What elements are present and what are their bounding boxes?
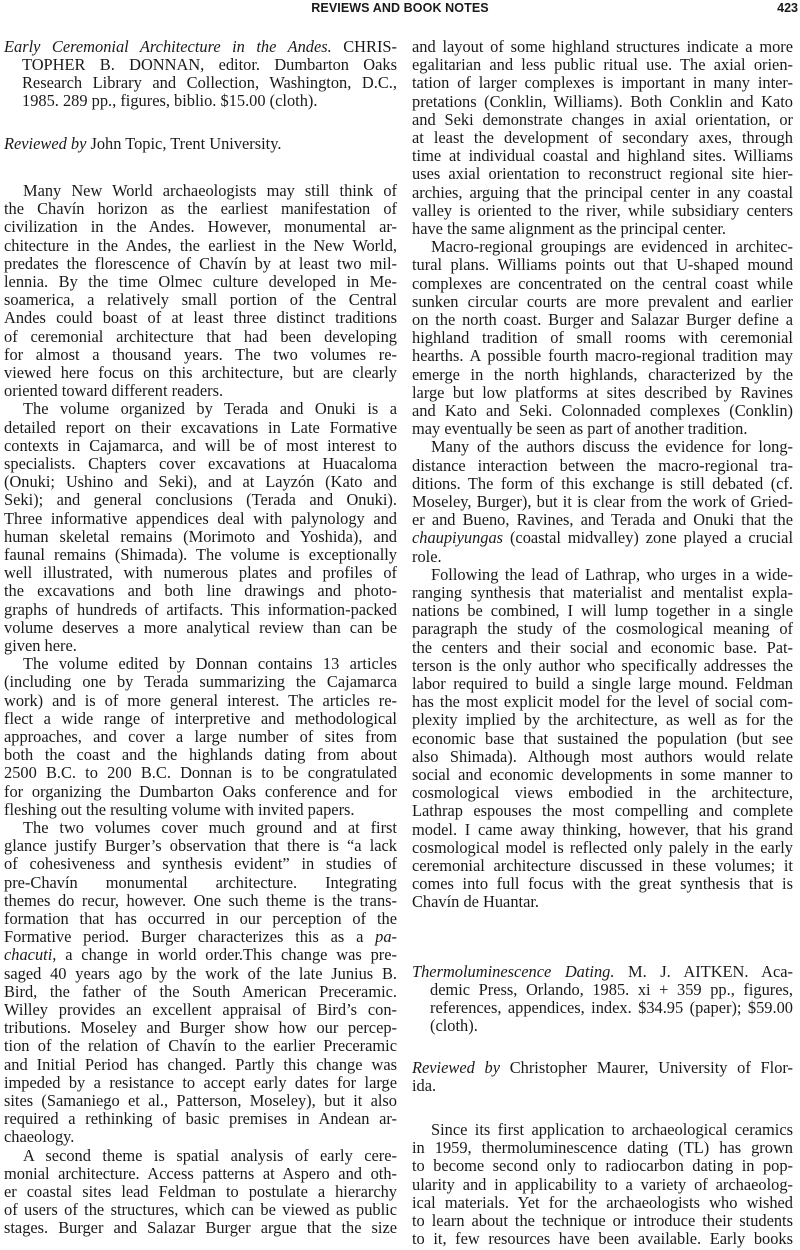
text-line: cosmological model is reflected only pal… xyxy=(412,839,793,857)
text-line: chaeology. xyxy=(4,1128,397,1146)
text-line: formation that has occurred in our perce… xyxy=(4,910,397,928)
text-line: time at individual coastal and highland … xyxy=(412,147,793,165)
text-line: ical materials. Yet for the archaeologis… xyxy=(412,1194,793,1212)
text-line: 2500 B.C. to 200 B.C. Donnan is to be co… xyxy=(4,764,397,782)
text-line: and Seki demonstrate changes in axial or… xyxy=(412,111,793,129)
text-line: well illustrated, with numerous plates a… xyxy=(4,564,397,582)
text-line: in 1959, thermoluminescence dating (TL) … xyxy=(412,1139,793,1157)
text-line: complexes are concentrated on the centra… xyxy=(412,275,793,293)
text-line: for almost a thousand years. The two vol… xyxy=(4,346,397,364)
text-line: ceremonial architecture discussed in the… xyxy=(412,857,793,875)
text-line: pretations (Conklin, Williams). Both Con… xyxy=(412,93,793,111)
review1-byline: Reviewed by John Topic, Trent University… xyxy=(4,135,397,153)
text-line: tural plans. Williams points out that U-… xyxy=(412,256,793,274)
text-line: of users of the structures, which can be… xyxy=(4,1201,397,1219)
text-line: civilization in the Andes. However, monu… xyxy=(4,218,397,236)
text-line: Seki); and general conclusions (Terada a… xyxy=(4,491,397,509)
text-line: of cohesiveness and synthesis evident” i… xyxy=(4,855,397,873)
text-line: cosmological views embodied in the archi… xyxy=(412,784,793,802)
text-line: to become second only to radiocarbon dat… xyxy=(412,1157,793,1175)
text-line: given here. xyxy=(4,637,397,655)
text-line: at least the development of secondary ax… xyxy=(412,129,793,147)
text-line: chitecture in the Andes, the earliest in… xyxy=(4,237,397,255)
text-line: soamerica, a relatively small portion of… xyxy=(4,291,397,309)
citation-line: Thermoluminescence Dating. M. J. AITKEN.… xyxy=(412,963,793,981)
text-line: ularity and in applicability to a variet… xyxy=(412,1176,793,1194)
text-line: paragraph the study of the cosmological … xyxy=(412,620,793,638)
text-line: nations be combined, I will lump togethe… xyxy=(412,602,793,620)
text-line: Chavín de Huantar. xyxy=(412,893,793,911)
left-column: Early Ceremonial Architecture in the And… xyxy=(4,0,397,1250)
reviewer-name: John Topic, Trent University. xyxy=(86,134,281,153)
text-line: emerge in the north highlands, character… xyxy=(412,366,793,384)
text-line: labor required to build a single large m… xyxy=(412,675,793,693)
text-line: has the most explicit model for the leve… xyxy=(412,693,793,711)
text-line: plexity implied by the architecture, as … xyxy=(412,711,793,729)
text-line: saged 40 years ago by the work of the la… xyxy=(4,965,397,983)
text-line: Bird, the father of the South American P… xyxy=(4,983,397,1001)
text-line: flect a wide range of interpretive and m… xyxy=(4,710,397,728)
text-line: Formative period. Burger characterizes t… xyxy=(4,928,397,946)
text-line: pre-Chavín monumental architecture. Inte… xyxy=(4,874,397,892)
text-line: tation of larger complexes is important … xyxy=(412,74,793,92)
text-line: oriented toward different readers. xyxy=(4,382,397,400)
citation-line: (cloth). xyxy=(430,1017,793,1035)
text-line: both the coast and the highlands dating … xyxy=(4,746,397,764)
text-line: er and Bueno, Ravines, and Terada and On… xyxy=(412,511,793,529)
text-line: to it, few resources have been available… xyxy=(412,1230,793,1248)
text-line: monial architecture. Access patterns at … xyxy=(4,1165,397,1183)
text-line: impeded by a resistance to accept early … xyxy=(4,1074,397,1092)
reviewer-name: Christopher Maurer, University of Flor- xyxy=(500,1058,793,1077)
italic-term: chacuti, xyxy=(4,945,56,964)
text-line: egalitarian and less public ritual use. … xyxy=(412,56,793,74)
text-line: The two volumes cover much ground and at… xyxy=(4,819,397,837)
text-line: The volume organized by Terada and Onuki… xyxy=(4,400,397,418)
text-line: work) and is of more general interest. T… xyxy=(4,692,397,710)
text-line: on the north coast. Burger and Salazar B… xyxy=(412,311,793,329)
text-line: sites (Samaniego et al., Patterson, Mose… xyxy=(4,1092,397,1110)
italic-term: chaupiyungas xyxy=(412,528,503,547)
text-line: approaches, and cover a large number of … xyxy=(4,728,397,746)
text-line: to learn about the technique or introduc… xyxy=(412,1212,793,1230)
text-line: the centers and their social and economi… xyxy=(412,639,793,657)
text-line: hearths. A possible fourth macro-regiona… xyxy=(412,347,793,365)
text-line: sunken circular courts are more prevalen… xyxy=(412,293,793,311)
text-line: themes do recur, however. One such theme… xyxy=(4,892,397,910)
text-line: uses axial orientation to reconstruct re… xyxy=(412,165,793,183)
citation-line: references, appendices, index. $34.95 (p… xyxy=(430,999,793,1017)
text-line: the Chavín horizon as the earliest manif… xyxy=(4,200,397,218)
book-title: Early Ceremonial Architecture in the And… xyxy=(4,37,332,56)
text-line: Willey provides an excellent appraisal o… xyxy=(4,1001,397,1019)
citation-line: Early Ceremonial Architecture in the And… xyxy=(4,38,397,56)
text-line: human skeletal remains (Morimoto and Yos… xyxy=(4,528,397,546)
text-line: for organizing the Dumbarton Oaks confer… xyxy=(4,783,397,801)
text-line: faunal remains (Shimada). The volume is … xyxy=(4,546,397,564)
review2-byline: Reviewed by Christopher Maurer, Universi… xyxy=(412,1059,793,1077)
text-line: predates the florescence of Chavín by at… xyxy=(4,255,397,273)
text-line: Lathrap espouses the most compelling and… xyxy=(412,802,793,820)
right-column: and layout of some highland structures i… xyxy=(412,0,793,1250)
text-line: contexts in Cajamarca, and will be of mo… xyxy=(4,437,397,455)
citation-line: 1985. 289 pp., figures, biblio. $15.00 (… xyxy=(22,92,397,110)
text-line: may eventually be seen as part of anothe… xyxy=(412,420,793,438)
text-line: viewed here focus on this architecture, … xyxy=(4,364,397,382)
text-line: Following the lead of Lathrap, who urges… xyxy=(412,566,793,584)
text-line: and Initial Period has changed. Partly t… xyxy=(4,1056,397,1074)
text-line: role. xyxy=(412,548,793,566)
text-line: social and economic developments in some… xyxy=(412,766,793,784)
text-line: required a rethinking of basic premises … xyxy=(4,1110,397,1128)
text-line: volume deserves a more analytical review… xyxy=(4,619,397,637)
text-line: tributions. Moseley and Burger show how … xyxy=(4,1019,397,1037)
text-line: valley is oriented to the river, while s… xyxy=(412,202,793,220)
text-line: also Shimada). Although most authors wou… xyxy=(412,748,793,766)
italic-term: pa- xyxy=(375,927,397,946)
text-line: of ceremonial architecture that had been… xyxy=(4,328,397,346)
text-line: the excavations and both line drawings a… xyxy=(4,582,397,600)
text-line: graphs of hundreds of artifacts. This in… xyxy=(4,601,397,619)
text-line: ditions. The form of this exchange is st… xyxy=(412,475,793,493)
text-line: Andes could boast of at least three dist… xyxy=(4,309,397,327)
text-line: stages. Burger and Salazar Burger argue … xyxy=(4,1219,397,1237)
text-line: highland tradition of small rooms with c… xyxy=(412,329,793,347)
text-line: glance justify Burger’s observation that… xyxy=(4,837,397,855)
text-line: fleshing out the resulting volume with i… xyxy=(4,801,397,819)
text-line: Moseley, Burger), but it is clear from t… xyxy=(412,493,793,511)
text-line: Macro-regional groupings are evidenced i… xyxy=(412,238,793,256)
text-line: and layout of some highland structures i… xyxy=(412,38,793,56)
text-line: and Kato and Seki. Colonnaded complexes … xyxy=(412,402,793,420)
text-line: economic base that sustained the populat… xyxy=(412,730,793,748)
text-line: (including one by Terada summarizing the… xyxy=(4,673,397,691)
text-line: model. I came away thinking, however, th… xyxy=(412,821,793,839)
text-line: ranging synthesis that materialist and m… xyxy=(412,584,793,602)
text-line: Since its first application to archaeolo… xyxy=(412,1121,793,1139)
text-line: chaupiyungas (coastal midvalley) zone pl… xyxy=(412,529,793,547)
review2-byline-cont: ida. xyxy=(412,1077,793,1095)
text-line: specialists. Chapters cover excavations … xyxy=(4,455,397,473)
text-line: distance interaction between the macro-r… xyxy=(412,457,793,475)
text-line: comes into full focus with the great syn… xyxy=(412,875,793,893)
text-line: archies, arguing that the principal cent… xyxy=(412,184,793,202)
citation-line: Research Library and Collection, Washing… xyxy=(22,74,397,92)
text-line: large but low platforms at sites describ… xyxy=(412,384,793,402)
text-line: lennia. By the time Olmec culture develo… xyxy=(4,273,397,291)
citation-line: demic Press, Orlando, 1985. xi + 359 pp.… xyxy=(430,981,793,999)
text-line: chacuti, a change in world order.This ch… xyxy=(4,946,397,964)
citation-line: TOPHER B. DONNAN, editor. Dumbarton Oaks xyxy=(22,56,397,74)
text-line: tion of the relation of Chavín to the ea… xyxy=(4,1037,397,1055)
text-line: Many New World archaeologists may still … xyxy=(4,182,397,200)
text-line: A second theme is spatial analysis of ea… xyxy=(4,1147,397,1165)
text-line: (Onuki; Ushino and Seki), and at Layzón … xyxy=(4,473,397,491)
text-line: terson is the only author who specifical… xyxy=(412,657,793,675)
text-line: detailed report on their excavations in … xyxy=(4,419,397,437)
text-line: Three informative appendices deal with p… xyxy=(4,510,397,528)
text-line: Many of the authors discuss the evidence… xyxy=(412,438,793,456)
book-title: Thermoluminescence Dating. xyxy=(412,962,614,981)
text-line: The volume edited by Donnan contains 13 … xyxy=(4,655,397,673)
text-line: have the same alignment as the principal… xyxy=(412,220,793,238)
text-line: er coastal sites lead Feldman to postula… xyxy=(4,1183,397,1201)
